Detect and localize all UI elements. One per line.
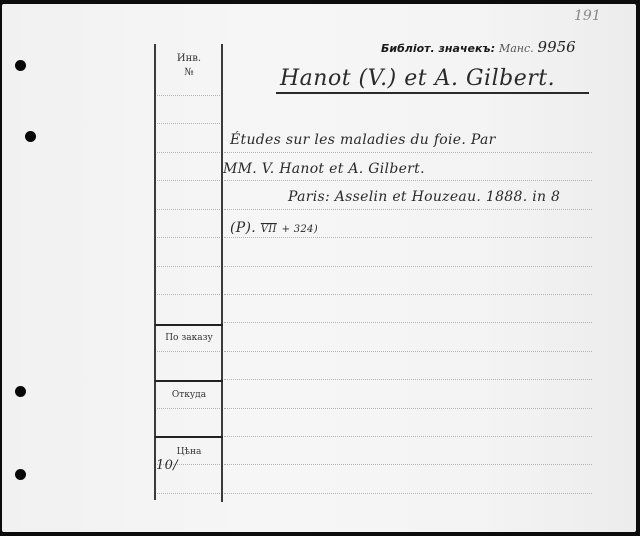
inventory-number-sign: № [155, 66, 223, 80]
ruled-line [224, 464, 592, 465]
ruled-line [224, 436, 592, 437]
section-separator [155, 436, 223, 438]
ruled-line [224, 266, 592, 267]
shelf-mark-prefix: Манс. [499, 42, 534, 55]
column-right-border [221, 44, 223, 502]
pagination-roman: VII [261, 224, 277, 235]
ruled-line [224, 294, 592, 295]
price-value: 10/ [156, 458, 178, 473]
ruled-line [224, 408, 592, 409]
ruled-line [157, 152, 220, 153]
ruled-line [157, 237, 220, 238]
ruled-line [157, 408, 220, 409]
ruled-line [224, 152, 592, 153]
shelf-mark-label: Библіот. значекъ: [381, 42, 495, 55]
author-heading: Hanot (V.) et A. Gilbert. [280, 66, 555, 91]
ruled-line [157, 266, 220, 267]
field-label-source: Откуда [155, 390, 223, 400]
inventory-label: Инв. № [155, 52, 223, 80]
corner-number: 191 [574, 8, 601, 24]
field-label-on-order: По заказу [155, 333, 223, 343]
ruled-line [157, 351, 220, 352]
punch-hole [25, 131, 36, 142]
shelf-mark: Библіот. значекъ: Манс. 9956 [381, 38, 576, 56]
pagination-line: (P). VII + 324) [230, 220, 318, 236]
ruled-line [157, 493, 220, 494]
field-label-price: Цѣна [155, 447, 223, 457]
punch-hole [15, 386, 26, 397]
ruled-line [224, 379, 592, 380]
ruled-line [224, 209, 592, 210]
imprint-line: Paris: Asselin et Houzeau. 1888. in 8 [288, 189, 560, 205]
ruled-line [157, 209, 220, 210]
heading-underline [276, 92, 589, 94]
title-line-2: MM. V. Hanot et A. Gilbert. [223, 161, 425, 177]
ruled-line [224, 180, 592, 181]
ruled-line [224, 351, 592, 352]
section-separator [155, 380, 223, 382]
section-separator [155, 324, 223, 326]
pagination-prefix: (P). [230, 220, 256, 236]
ruled-line [157, 180, 220, 181]
punch-hole [15, 469, 26, 480]
punch-hole [15, 60, 26, 71]
pagination-rest: + 324) [282, 224, 318, 235]
shelf-mark-number: 9956 [538, 38, 576, 56]
ruled-line [224, 493, 592, 494]
ruled-line [157, 95, 220, 96]
ruled-line [224, 237, 592, 238]
title-line-1: Études sur les maladies du foie. Par [230, 132, 496, 148]
ruled-line [157, 294, 220, 295]
ruled-line [157, 123, 220, 124]
column-left-border [154, 44, 156, 500]
inventory-label-text: Инв. [155, 52, 223, 66]
ruled-line [224, 322, 592, 323]
